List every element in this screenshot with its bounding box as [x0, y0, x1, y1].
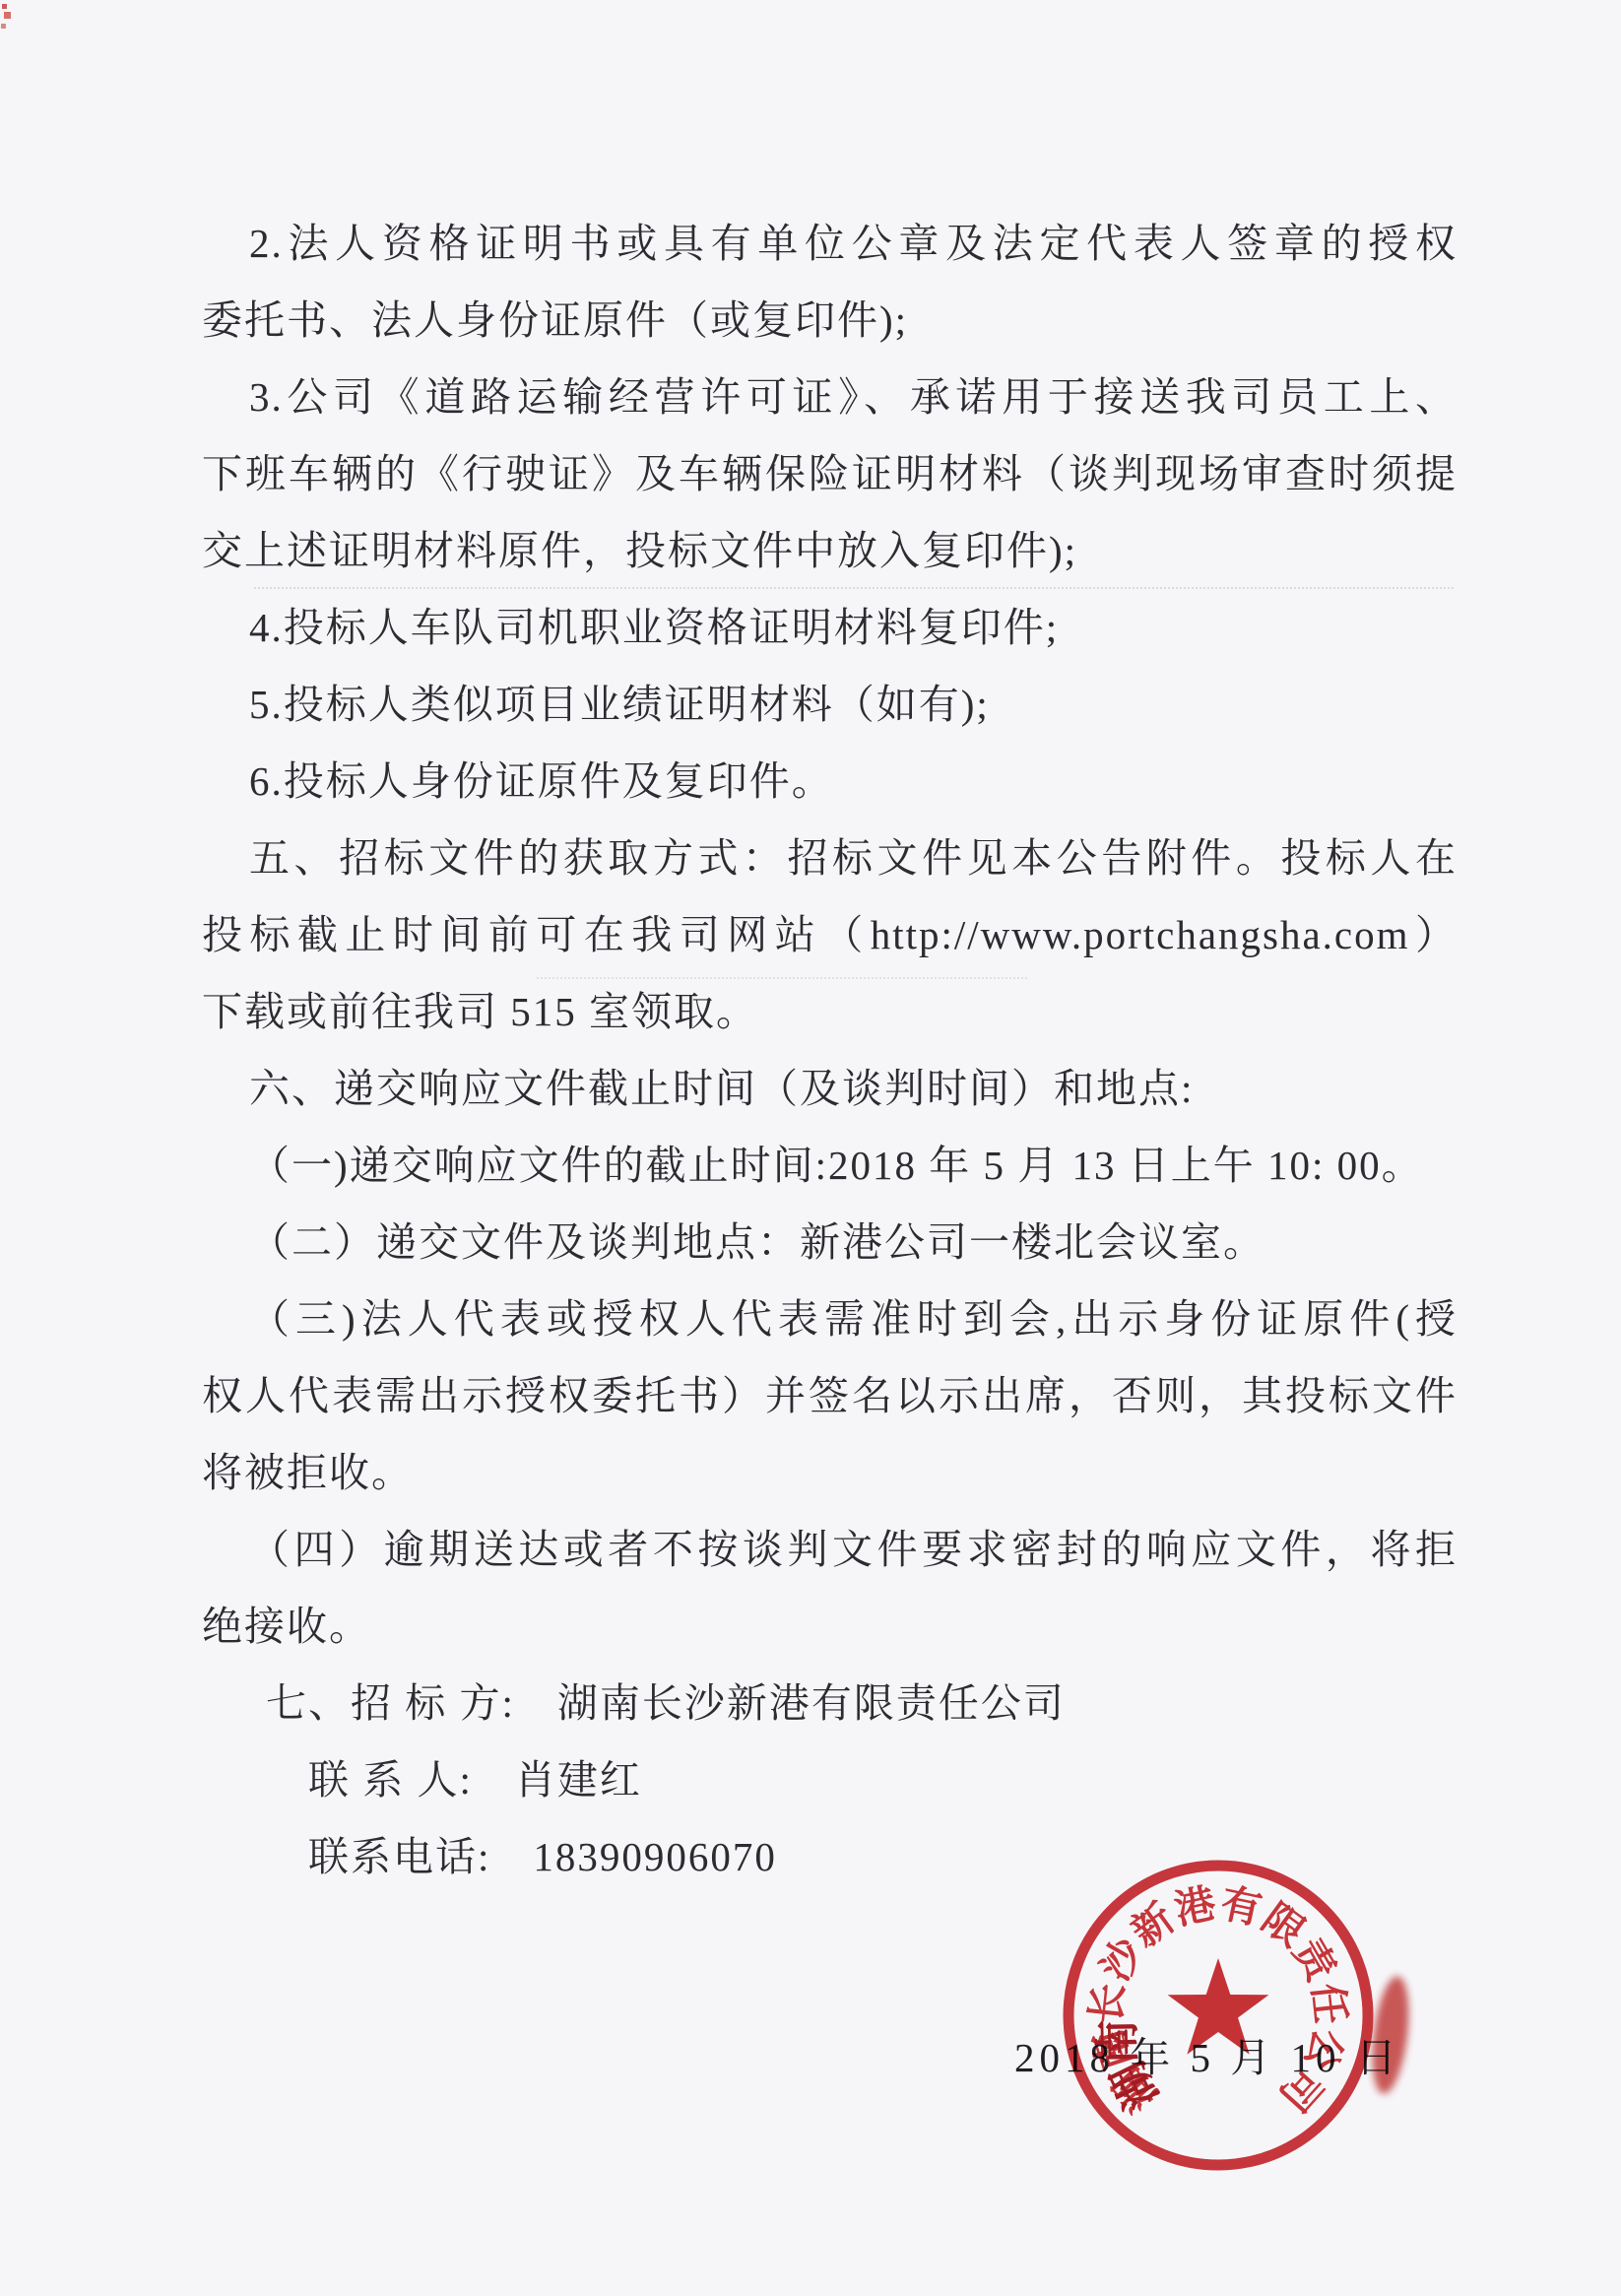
text-line: 4.投标人车队司机职业资格证明材料复印件;	[202, 589, 1458, 666]
text-line: 下班车辆的《行驶证》及车辆保险证明材料（谈判现场审查时须提	[202, 435, 1458, 512]
text-line: 七、招 标 方: 湖南长沙新港有限责任公司	[202, 1665, 1458, 1741]
text-line: 联 系 人: 肖建红	[202, 1741, 1458, 1818]
text-line: 5.投标人类似项目业绩证明材料（如有);	[202, 666, 1458, 743]
text-line: 3.公司《道路运输经营许可证》、承诺用于接送我司员工上、	[202, 359, 1458, 435]
text-line: 2.法人资格证明书或具有单位公章及法定代表人签章的授权	[202, 205, 1458, 282]
scan-artifact-line	[537, 977, 1027, 979]
text-line: 五、招标文件的获取方式：招标文件见本公告附件。投标人在	[202, 820, 1458, 896]
scan-ink-speck	[2, 4, 7, 9]
text-line: 下载或前往我司 515 室领取。	[202, 973, 1458, 1050]
scanned-document-page: 2.法人资格证明书或具有单位公章及法定代表人签章的授权委托书、法人身份证原件（或…	[0, 0, 1621, 2296]
text-line: 六、递交响应文件截止时间（及谈判时间）和地点:	[202, 1050, 1458, 1127]
company-seal-stamp: 湖南长沙新港有限责任公司 湖南	[1024, 1830, 1438, 2214]
text-line: 投标截止时间前可在我司网站（http://www.portchangsha.co…	[202, 896, 1458, 973]
text-line: 将被拒收。	[202, 1434, 1458, 1511]
text-line: 交上述证明材料原件，投标文件中放入复印件);	[202, 512, 1458, 589]
text-line: （二）递交文件及谈判地点：新港公司一楼北会议室。	[202, 1204, 1458, 1280]
stamp-character: 任	[1304, 1981, 1353, 2026]
stamp-character: 港	[1171, 1880, 1220, 1934]
text-line: （一)递交响应文件的截止时间:2018 年 5 月 13 日上午 10: 00。	[202, 1127, 1458, 1204]
stamp-ghost-character: 南	[1092, 2019, 1143, 2066]
text-line: （四）逾期送达或者不按谈判文件要求密封的响应文件，将拒	[202, 1511, 1458, 1588]
scan-artifact-line	[254, 587, 1454, 589]
document-body-text: 2.法人资格证明书或具有单位公章及法定代表人签章的授权委托书、法人身份证原件（或…	[202, 205, 1458, 1895]
text-line: 权人代表需出示授权委托书）并签名以示出席，否则，其投标文件	[202, 1357, 1458, 1434]
text-line: 6.投标人身份证原件及复印件。	[202, 743, 1458, 820]
text-line: （三)法人代表或授权人代表需准时到会,出示身份证原件(授	[202, 1280, 1458, 1357]
text-line: 委托书、法人身份证原件（或复印件);	[202, 282, 1458, 359]
stamp-ink-smudge	[1367, 1974, 1414, 2095]
text-line: 绝接收。	[202, 1588, 1458, 1665]
star-icon	[1168, 1958, 1269, 2055]
